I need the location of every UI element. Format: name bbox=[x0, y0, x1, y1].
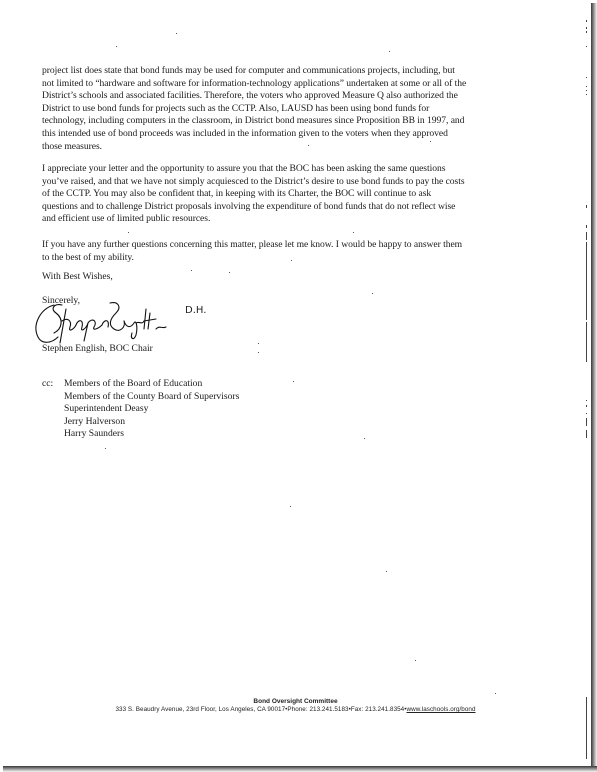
scan-margin-mark bbox=[586, 413, 587, 414]
text-line: District to use bond funds for projects … bbox=[42, 103, 547, 116]
footer-organization: Bond Oversight Committee bbox=[0, 698, 591, 706]
text-line: and efficient use of limited public reso… bbox=[42, 213, 547, 226]
text-line: this intended use of bond proceeds was i… bbox=[42, 128, 547, 141]
scan-speck bbox=[116, 46, 117, 47]
scan-margin-mark bbox=[586, 225, 587, 228]
page-shadow-bottom bbox=[3, 766, 597, 772]
cc-recipient: Members of the County Board of Superviso… bbox=[64, 391, 239, 404]
signature-icon bbox=[32, 299, 182, 347]
scan-margin-mark bbox=[586, 405, 587, 407]
closing-line: With Best Wishes, bbox=[42, 271, 113, 283]
scan-margin-mark bbox=[586, 322, 587, 362]
signature-initials: D.H. bbox=[185, 305, 206, 316]
footer-contact: 333 S. Beaudry Avenue, 23rd Floor, Los A… bbox=[0, 706, 591, 714]
scan-margin-mark bbox=[586, 86, 587, 87]
text-line: project list does state that bond funds … bbox=[42, 65, 547, 78]
signer-name: Stephen English, BOC Chair bbox=[42, 343, 153, 355]
scan-speck bbox=[291, 260, 292, 261]
cc-label: cc: bbox=[42, 378, 53, 391]
paragraph-measure-q: project list does state that bond funds … bbox=[42, 65, 547, 153]
scan-speck bbox=[430, 141, 431, 142]
scan-margin-mark bbox=[586, 77, 587, 78]
text-line: of the CCTP. You may also be confident t… bbox=[42, 188, 547, 201]
letter-page: project list does state that bond funds … bbox=[0, 0, 591, 766]
text-line: technology, including computers in the c… bbox=[42, 115, 547, 128]
cc-recipient: Jerry Halverson bbox=[64, 416, 239, 429]
scan-speck bbox=[290, 506, 291, 507]
scan-speck bbox=[229, 272, 230, 273]
scan-speck bbox=[191, 270, 192, 271]
scan-speck bbox=[386, 571, 387, 572]
scan-margin-mark bbox=[586, 46, 587, 47]
cc-recipient: Harry Saunders bbox=[64, 428, 239, 441]
cc-recipient: Members of the Board of Education bbox=[64, 378, 239, 391]
scan-margin-mark bbox=[586, 31, 587, 33]
scan-speck bbox=[415, 660, 416, 661]
text-line: to the best of my ability. bbox=[42, 252, 547, 265]
scan-margin-mark bbox=[586, 418, 587, 426]
paragraph-further-questions: If you have any further questions concer… bbox=[42, 239, 547, 264]
text-line: you’ve raised, and that we have not simp… bbox=[42, 176, 547, 189]
footer-website-link[interactable]: www.laschools.org/bond bbox=[407, 706, 476, 713]
scan-margin-mark bbox=[586, 94, 587, 95]
scan-speck bbox=[372, 293, 373, 294]
scan-margin-mark bbox=[586, 205, 587, 208]
scan-speck bbox=[495, 693, 496, 694]
text-line: those measures. bbox=[42, 141, 547, 154]
footer-address: 333 S. Beaudry Avenue, 23rd Floor, Los A… bbox=[115, 706, 285, 713]
scan-speck bbox=[389, 51, 390, 52]
scan-speck bbox=[128, 232, 129, 233]
scan-speck bbox=[258, 343, 259, 344]
scan-margin-mark bbox=[586, 90, 587, 91]
cc-recipient: Superintendent Deasy bbox=[64, 403, 239, 416]
scan-margin-mark bbox=[586, 232, 587, 240]
scan-speck bbox=[308, 145, 309, 146]
text-line: District’s schools and associated facili… bbox=[42, 90, 547, 103]
scan-speck bbox=[353, 232, 354, 233]
scan-speck bbox=[364, 438, 365, 439]
scan-speck bbox=[293, 381, 294, 382]
scan-margin-mark bbox=[586, 400, 587, 401]
cc-recipient-list: Members of the Board of Education Member… bbox=[64, 378, 239, 441]
scan-margin-mark bbox=[586, 430, 587, 438]
page-shadow-right bbox=[591, 3, 597, 772]
scan-margin-mark bbox=[586, 697, 587, 759]
text-line: I appreciate your letter and the opportu… bbox=[42, 163, 547, 176]
text-line: If you have any further questions concer… bbox=[42, 239, 547, 252]
text-line: questions and to challenge District prop… bbox=[42, 201, 547, 214]
text-line: not limited to “hardware and software fo… bbox=[42, 78, 547, 91]
scan-speck bbox=[105, 448, 106, 449]
scan-speck bbox=[258, 352, 259, 353]
footer-phone: Phone: 213.241.5183 bbox=[287, 706, 348, 713]
scan-margin-mark bbox=[586, 20, 587, 22]
footer-fax: Fax: 213.241.8354 bbox=[351, 706, 404, 713]
scan-margin-mark bbox=[586, 27, 587, 29]
scan-speck bbox=[176, 33, 177, 34]
scan-margin-mark bbox=[586, 242, 587, 320]
paragraph-appreciation: I appreciate your letter and the opportu… bbox=[42, 163, 547, 226]
